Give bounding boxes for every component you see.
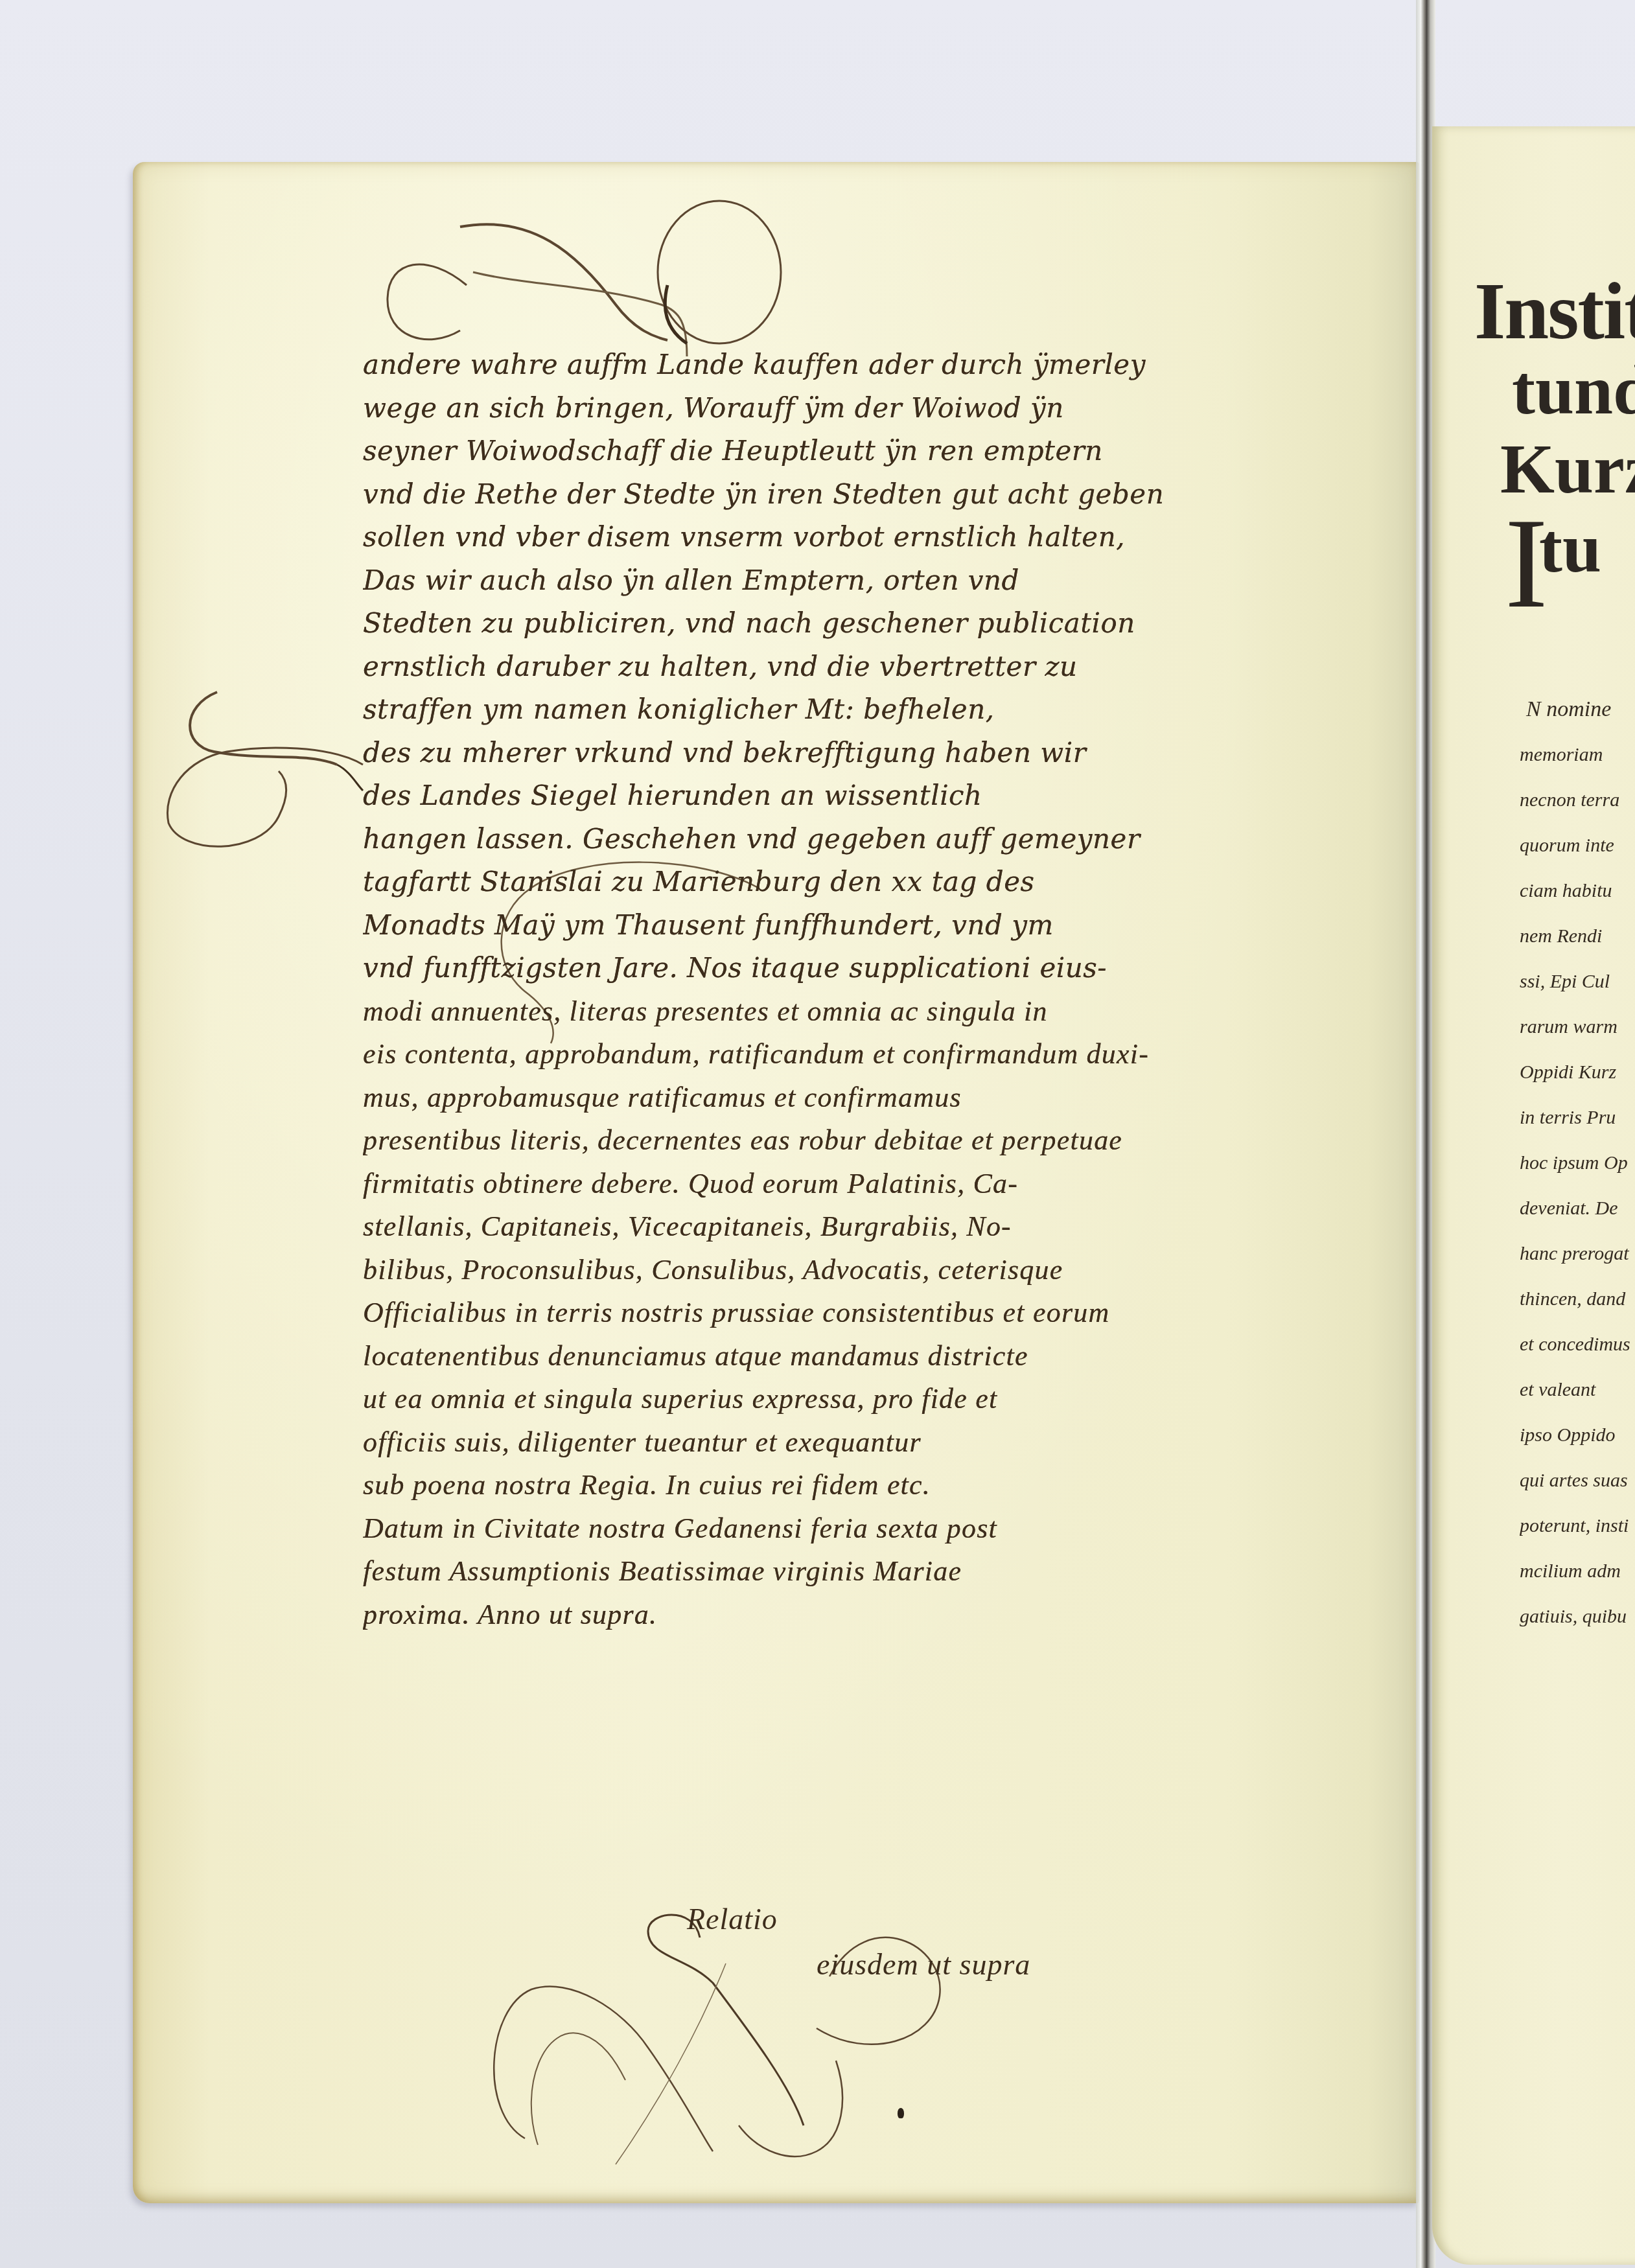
text-line: necnon terra: [1520, 778, 1635, 823]
text-line: proxima. Anno ut supra.: [363, 1593, 1290, 1637]
heading-line: Institu: [1474, 272, 1635, 351]
text-line: et concedimus: [1520, 1322, 1635, 1367]
main-text-block: andere wahre auffm Lande kauffen ader du…: [363, 343, 1290, 1636]
text-line: mcilium adm: [1520, 1549, 1635, 1594]
text-line: hoc ipsum Op: [1520, 1140, 1635, 1186]
subscription-line: eiusdem ut supra: [817, 1947, 1030, 1982]
text-line: sollen vnd vber disem vnserm vorbot erns…: [363, 516, 1290, 559]
text-line: des Landes Siegel hierunden an wissentli…: [363, 774, 1290, 818]
text-line: seyner Woiwodschaff die Heuptleutt ÿn re…: [363, 430, 1290, 473]
text-line: firmitatis obtinere debere. Quod eorum P…: [363, 1163, 1290, 1206]
text-line: Officialibus in terris nostris prussiae …: [363, 1291, 1290, 1335]
text-line: memoriam: [1520, 732, 1635, 778]
recto-initial-letter: I: [1505, 499, 1548, 629]
text-line: locatenentibus denunciamus atque mandamu…: [363, 1335, 1290, 1378]
recto-heading: Institu tund Kurzer tu: [1474, 272, 1635, 588]
text-line: N nomine: [1526, 687, 1635, 732]
text-line: presentibus literis, decernentes eas rob…: [363, 1119, 1290, 1163]
text-line: gatiuis, quibu: [1520, 1594, 1635, 1639]
text-line: hangen lassen. Geschehen vnd gegeben auf…: [363, 818, 1290, 861]
text-line: straffen ym namen koniglicher Mt: befhel…: [363, 688, 1290, 732]
text-line: rarum warm: [1520, 1004, 1635, 1050]
text-line: wege an sich bringen, Worauff ÿm der Woi…: [363, 387, 1290, 430]
text-line: officiis suis, diligenter tueantur et ex…: [363, 1421, 1290, 1464]
text-line: vnd die Rethe der Stedte ÿn iren Stedten…: [363, 473, 1290, 516]
text-line: Das wir auch also ÿn allen Emptern, orte…: [363, 559, 1290, 603]
text-line: Oppidi Kurz: [1520, 1050, 1635, 1095]
ink-blot: [898, 2108, 904, 2118]
text-line: Monadts Maÿ ym Thausent funffhundert, vn…: [363, 904, 1290, 947]
text-line: andere wahre auffm Lande kauffen ader du…: [363, 343, 1290, 387]
text-line: poterunt, insti: [1520, 1503, 1635, 1549]
text-line: festum Assumptionis Beatissimae virginis…: [363, 1550, 1290, 1593]
text-line: vnd funfftzigsten Jare. Nos itaque suppl…: [363, 947, 1290, 990]
heading-line: tund: [1512, 351, 1635, 430]
recto-text-block: N nomine memoriam necnon terra quorum in…: [1520, 687, 1635, 1639]
text-line: et valeant: [1520, 1367, 1635, 1413]
text-line: sub poena nostra Regia. In cuius rei fid…: [363, 1464, 1290, 1507]
text-line: bilibus, Proconsulibus, Consulibus, Advo…: [363, 1249, 1290, 1292]
text-line: in terris Pru: [1520, 1095, 1635, 1140]
text-line: ciam habitu: [1520, 868, 1635, 914]
text-line: qui artes suas: [1520, 1458, 1635, 1503]
text-line: ut ea omnia et singula superius expressa…: [363, 1378, 1290, 1421]
text-line: mus, approbamusque ratificamus et confir…: [363, 1076, 1290, 1120]
text-line: ernstlich daruber zu halten, vnd die vbe…: [363, 645, 1290, 689]
text-line: Stedten zu publiciren, vnd nach geschene…: [363, 602, 1290, 645]
text-line: tagfartt Stanislai zu Marienburg den xx …: [363, 861, 1290, 904]
text-line: thincen, dand: [1520, 1277, 1635, 1322]
text-line: hanc prerogat: [1520, 1231, 1635, 1277]
text-line: modi annuentes, literas presentes et omn…: [363, 990, 1290, 1034]
subscription-line: Relatio: [687, 1902, 778, 1936]
text-line: ipso Oppido: [1520, 1413, 1635, 1458]
text-line: ssi, Epi Cul: [1520, 959, 1635, 1004]
text-line: Datum in Civitate nostra Gedanensi feria…: [363, 1507, 1290, 1551]
text-line: deveniat. De: [1520, 1186, 1635, 1231]
text-line: nem Rendi: [1520, 914, 1635, 959]
heading-line: tu: [1539, 509, 1635, 588]
text-line: quorum inte: [1520, 823, 1635, 868]
text-line: eis contenta, approbandum, ratificandum …: [363, 1033, 1290, 1076]
text-line: des zu mherer vrkund vnd bekrefftigung h…: [363, 732, 1290, 775]
text-line: stellanis, Capitaneis, Vicecapitaneis, B…: [363, 1205, 1290, 1249]
